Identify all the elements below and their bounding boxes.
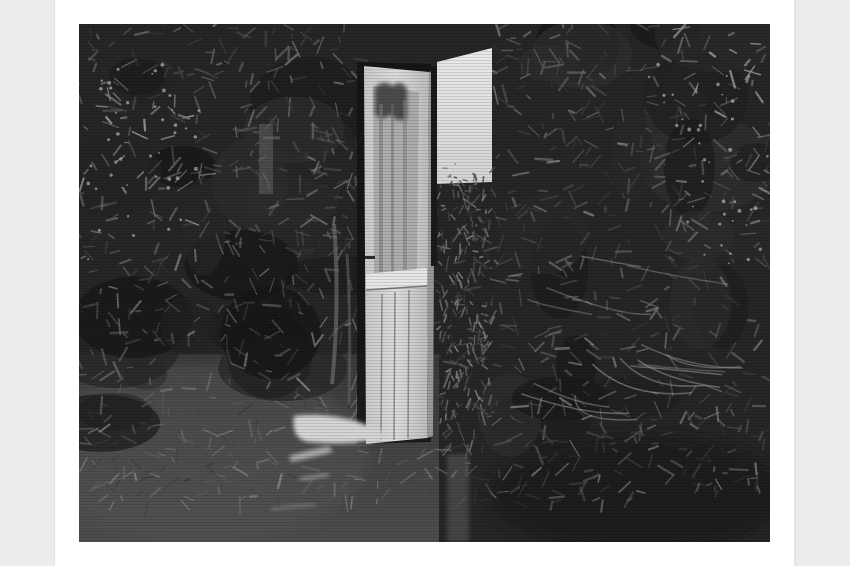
right-page-margin bbox=[794, 0, 850, 566]
door-in-foliage-photo: Black and white photograph of an open wh… bbox=[79, 24, 770, 542]
photo-artwork bbox=[79, 24, 770, 542]
left-page-margin bbox=[0, 0, 55, 566]
